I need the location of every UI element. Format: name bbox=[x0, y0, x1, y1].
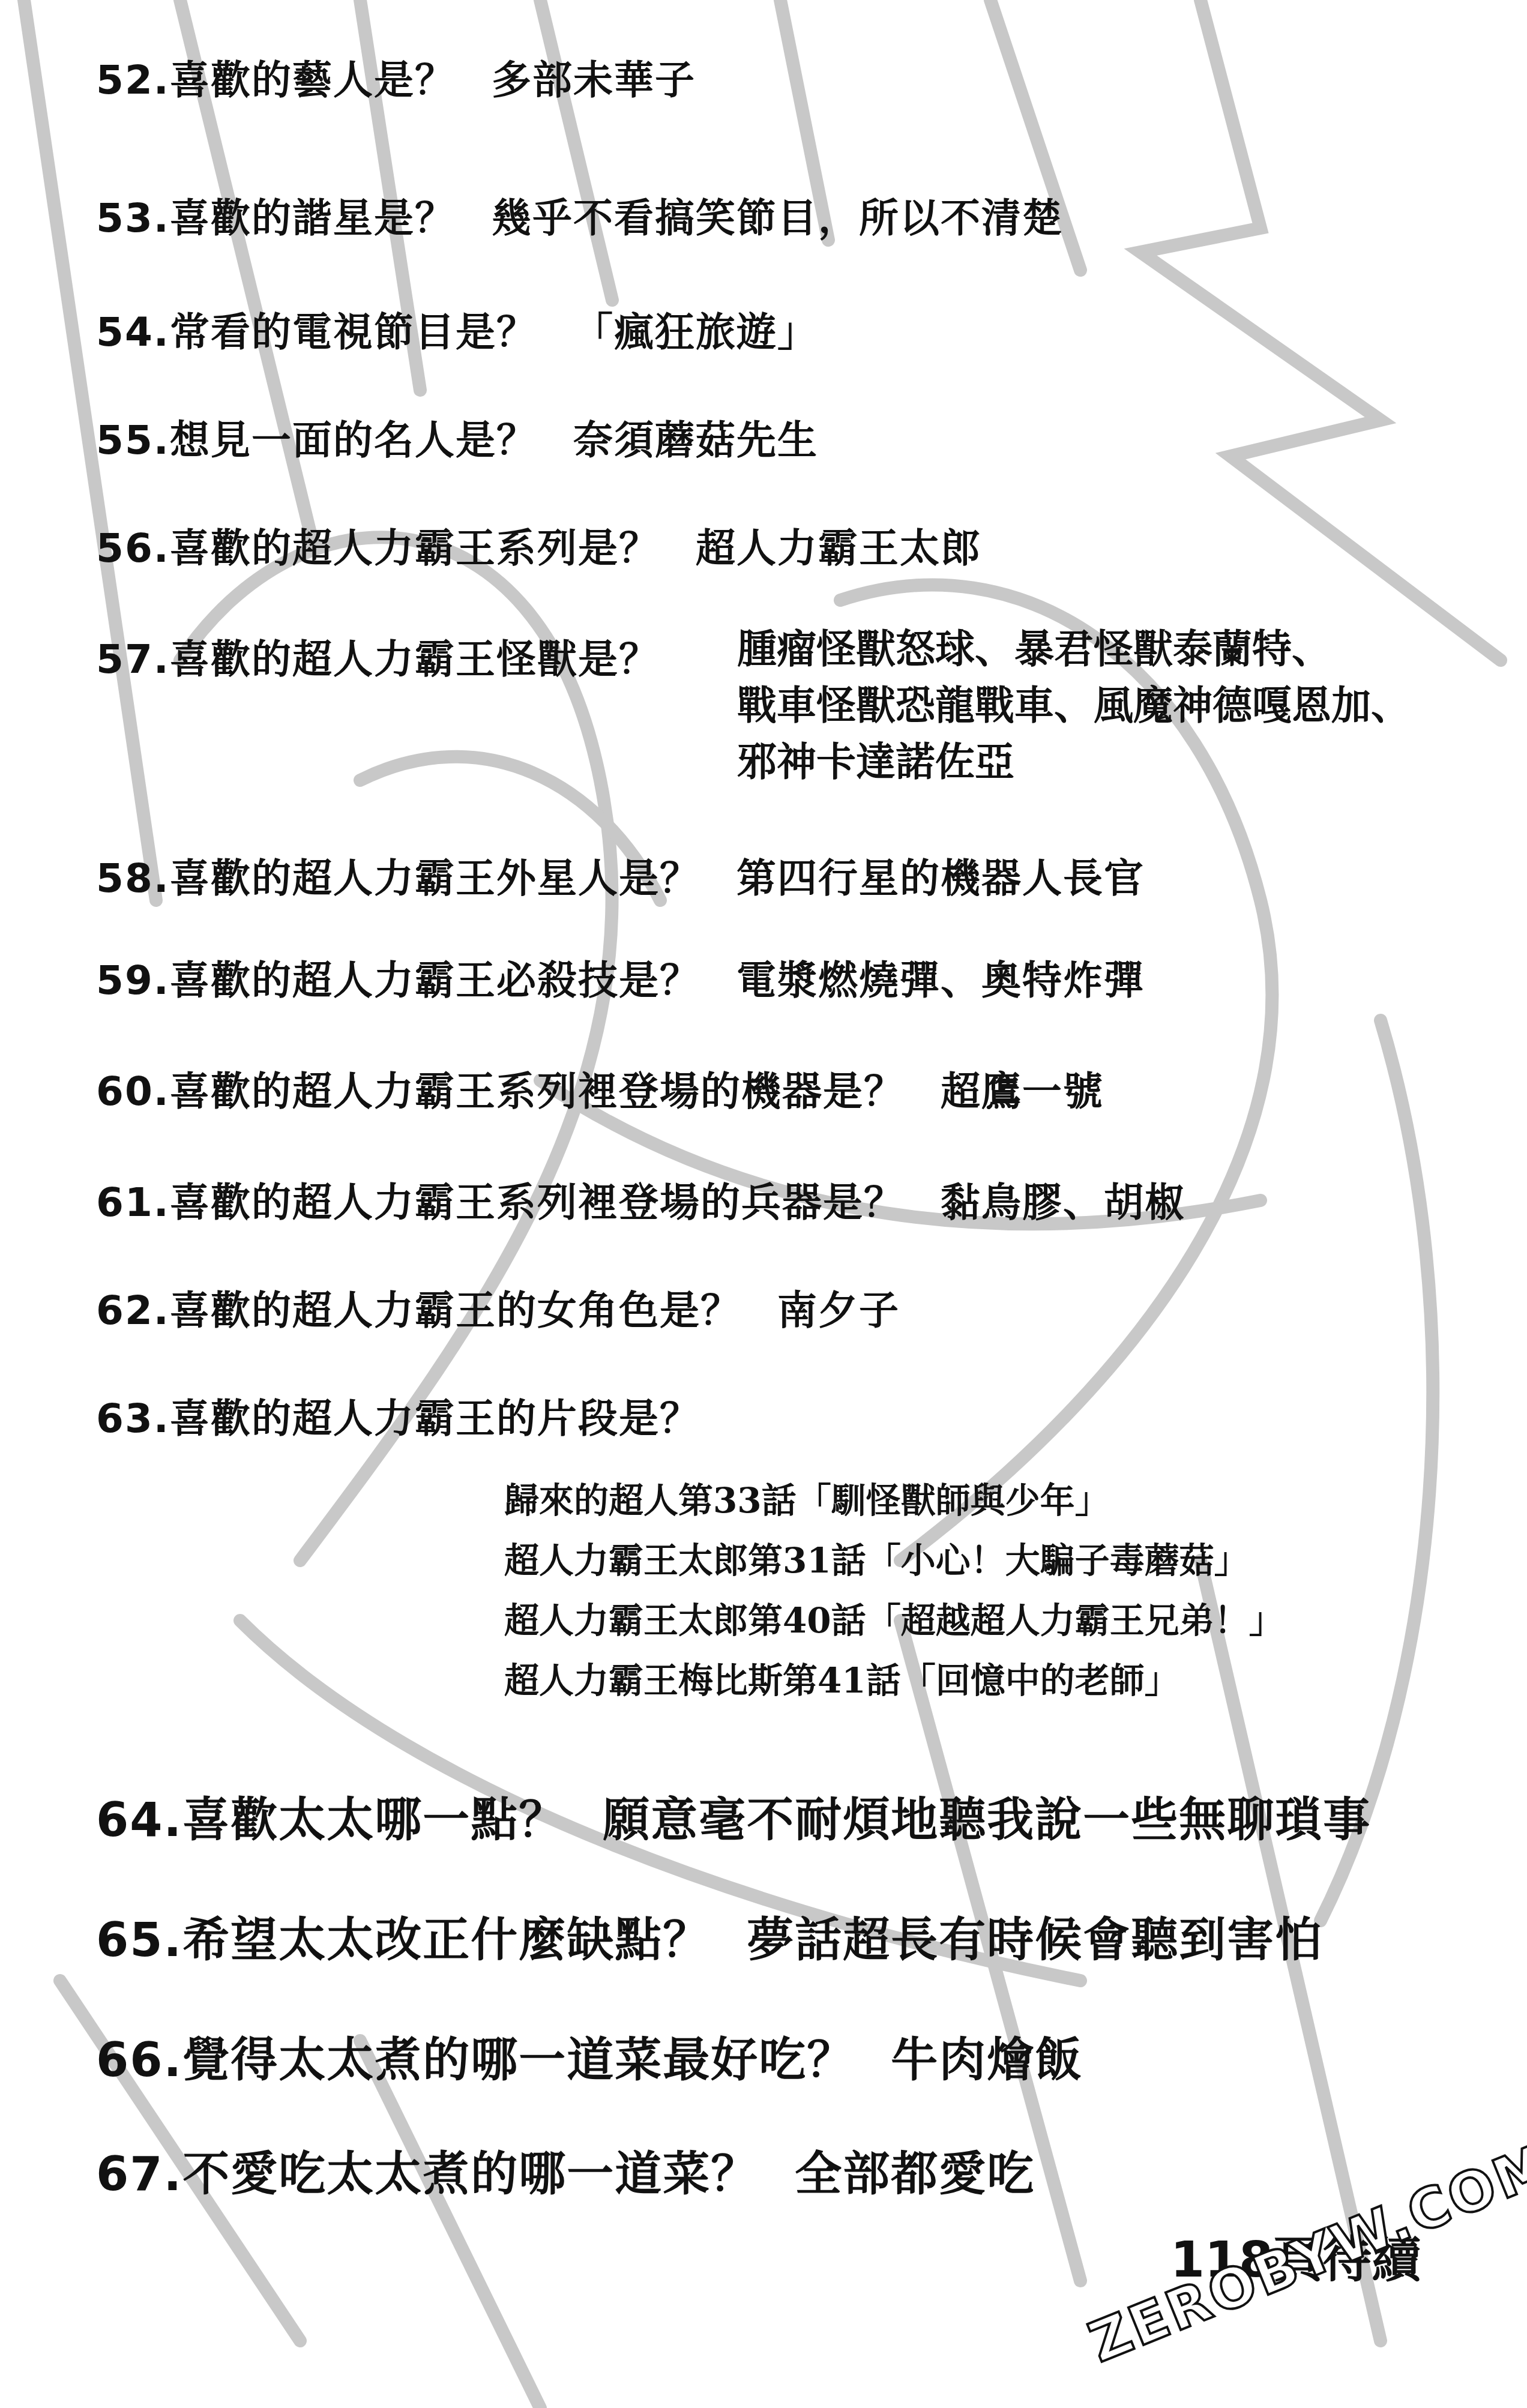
answer: 電漿燃燒彈、奧特炸彈 bbox=[736, 957, 1145, 1004]
qa-item: 66.覺得太太煮的哪一道菜最好吃？牛肉燴飯 bbox=[96, 2023, 1083, 2090]
qa-item: 54.常看的電視節目是？「瘋狂旅遊」 bbox=[96, 300, 818, 357]
answer-lines: 腫瘤怪獸怒球、暴君怪獸泰蘭特、 戰車怪獸恐龍戰車、風魔神德嘎恩加、 邪神卡達諾佐… bbox=[737, 621, 1411, 790]
qa-item: 52.喜歡的藝人是？多部未華子 bbox=[96, 48, 696, 105]
question: 55.想見一面的名人是？ bbox=[96, 417, 537, 463]
question: 58.喜歡的超人力霸王外星人是？ bbox=[96, 855, 700, 901]
question: 57.喜歡的超人力霸王怪獸是？ bbox=[96, 636, 660, 682]
answer: 超鷹一號 bbox=[941, 1068, 1104, 1115]
question: 66.覺得太太煮的哪一道菜最好吃？ bbox=[96, 2033, 855, 2087]
qa-item: 57.喜歡的超人力霸王怪獸是？ bbox=[96, 627, 660, 684]
question: 53.喜歡的諧星是？ bbox=[96, 195, 456, 241]
answer: 幾乎不看搞笑節目，所以不清楚 bbox=[492, 195, 1063, 241]
question: 61.喜歡的超人力霸王系列裡登場的兵器是？ bbox=[96, 1179, 905, 1226]
qa-item: 58.喜歡的超人力霸王外星人是？第四行星的機器人長官 bbox=[96, 846, 1145, 903]
answer: 黏鳥膠、胡椒 bbox=[941, 1179, 1185, 1226]
answer: 多部未華子 bbox=[492, 57, 696, 103]
question: 59.喜歡的超人力霸王必殺技是？ bbox=[96, 957, 700, 1004]
answer: 願意毫不耐煩地聽我說一些無聊瑣事 bbox=[603, 1793, 1371, 1847]
answer-line: 超人力霸王太郎第40話「超越超人力霸王兄弟！」 bbox=[504, 1591, 1284, 1651]
qa-item: 56.喜歡的超人力霸王系列是？超人力霸王太郎 bbox=[96, 516, 981, 573]
question: 54.常看的電視節目是？ bbox=[96, 309, 537, 355]
answer: 牛肉燴飯 bbox=[891, 2033, 1083, 2087]
qa-item: 65.希望太太改正什麼缺點？夢話超長有時候會聽到害怕 bbox=[96, 1903, 1323, 1970]
qa-item: 62.喜歡的超人力霸王的女角色是？南夕子 bbox=[96, 1278, 900, 1335]
question: 60.喜歡的超人力霸王系列裡登場的機器是？ bbox=[96, 1068, 905, 1115]
qa-item: 63.喜歡的超人力霸王的片段是？ bbox=[96, 1386, 700, 1443]
question: 65.希望太太改正什麼缺點？ bbox=[96, 1913, 711, 1967]
watermark: ZEROBYW.COM bbox=[1080, 2131, 1527, 2375]
question: 67.不愛吃太太煮的哪一道菜？ bbox=[96, 2148, 759, 2202]
answer: 全部都愛吃 bbox=[795, 2148, 1035, 2202]
question: 64.喜歡太太哪一點？ bbox=[96, 1793, 567, 1847]
question: 63.喜歡的超人力霸王的片段是？ bbox=[96, 1395, 700, 1442]
answer-line: 戰車怪獸恐龍戰車、風魔神德嘎恩加、 bbox=[737, 678, 1411, 734]
answer: 「瘋狂旅遊」 bbox=[573, 309, 818, 355]
question: 62.喜歡的超人力霸王的女角色是？ bbox=[96, 1287, 741, 1334]
answer-line: 歸來的超人第33話「馴怪獸師與少年」 bbox=[504, 1470, 1284, 1531]
answer-line: 超人力霸王太郎第31話「小心！大騙子毒蘑菇」 bbox=[504, 1531, 1284, 1591]
answer-line: 超人力霸王梅比斯第41話「回憶中的老師」 bbox=[504, 1651, 1284, 1711]
qa-item: 59.喜歡的超人力霸王必殺技是？電漿燃燒彈、奧特炸彈 bbox=[96, 948, 1145, 1005]
answer: 第四行星的機器人長官 bbox=[736, 855, 1145, 901]
answer: 夢話超長有時候會聽到害怕 bbox=[747, 1913, 1323, 1967]
qa-item: 60.喜歡的超人力霸王系列裡登場的機器是？超鷹一號 bbox=[96, 1059, 1104, 1116]
question: 56.喜歡的超人力霸王系列是？ bbox=[96, 525, 660, 571]
answer-line: 腫瘤怪獸怒球、暴君怪獸泰蘭特、 bbox=[737, 621, 1411, 678]
answer-line: 邪神卡達諾佐亞 bbox=[737, 734, 1411, 790]
answer: 奈須蘑菇先生 bbox=[573, 417, 818, 463]
qa-item: 61.喜歡的超人力霸王系列裡登場的兵器是？黏鳥膠、胡椒 bbox=[96, 1170, 1185, 1227]
qa-item: 53.喜歡的諧星是？幾乎不看搞笑節目，所以不清楚 bbox=[96, 186, 1063, 243]
answer-lines: 歸來的超人第33話「馴怪獸師與少年」 超人力霸王太郎第31話「小心！大騙子毒蘑菇… bbox=[504, 1470, 1284, 1711]
question: 52.喜歡的藝人是？ bbox=[96, 57, 456, 103]
answer: 南夕子 bbox=[777, 1287, 900, 1334]
qa-item: 55.想見一面的名人是？奈須蘑菇先生 bbox=[96, 408, 818, 465]
qa-item: 67.不愛吃太太煮的哪一道菜？全部都愛吃 bbox=[96, 2137, 1035, 2204]
qa-item: 64.喜歡太太哪一點？願意毫不耐煩地聽我說一些無聊瑣事 bbox=[96, 1783, 1371, 1850]
answer: 超人力霸王太郎 bbox=[696, 525, 981, 571]
